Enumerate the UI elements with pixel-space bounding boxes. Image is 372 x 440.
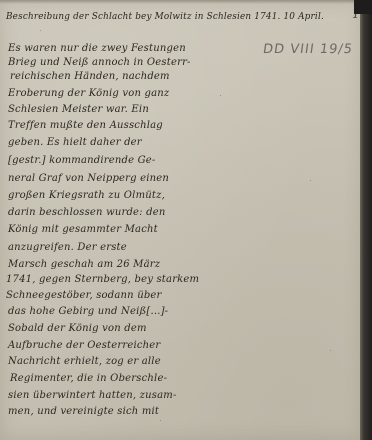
text-line: Aufbruche der Oesterreicher: [8, 340, 160, 351]
text-line: neral Graf von Neipperg einen: [8, 173, 169, 184]
text-line: Nachricht erhielt, zog er alle: [8, 356, 161, 367]
text-line: Regimenter, die in Oberschle-: [10, 373, 167, 384]
text-line: Schlesien Meister war. Ein: [8, 104, 149, 115]
text-line: Treffen mußte den Ausschlag: [8, 120, 163, 131]
archive-signature: DD VIII 19/5: [262, 42, 354, 57]
text-line: anzugreifen. Der erste: [8, 242, 127, 253]
paper-speck: [160, 420, 161, 421]
scan-edge-corner: [354, 0, 372, 14]
manuscript-page: Beschreibung der Schlacht bey Molwitz in…: [0, 0, 362, 440]
text-line: Es waren nur die zwey Festungen: [8, 43, 186, 54]
page-top-shadow: [0, 0, 362, 4]
text-line: men, und vereinigte sich mit: [8, 406, 159, 417]
text-line: sien überwintert hatten, zusam-: [8, 390, 177, 401]
text-line: darin beschlossen wurde: den: [8, 207, 165, 218]
paper-speck: [330, 350, 331, 351]
paper-speck: [310, 180, 311, 181]
text-line: großen Kriegsrath zu Olmütz,: [8, 190, 165, 201]
text-line: Marsch geschah am 26 März: [8, 259, 160, 270]
text-line: geben. Es hielt daher der: [8, 137, 142, 148]
document-title: Beschreibung der Schlacht bey Molwitz in…: [6, 11, 324, 22]
text-line: Schneegestöber, sodann über: [6, 290, 162, 301]
text-line: Eroberung der König von ganz: [8, 88, 169, 99]
text-line: Sobald der König von dem: [8, 323, 147, 334]
text-line-struck: [gestr.] kommandirende Ge-: [8, 155, 155, 166]
text-line: reichischen Händen, nachdem: [10, 71, 170, 82]
scan-edge-right: [360, 0, 372, 440]
paper-speck: [40, 30, 41, 31]
paper-speck: [220, 95, 221, 96]
text-line: das hohe Gebirg und Neiß[...]-: [8, 306, 168, 317]
text-line: Brieg und Neiß annoch in Oesterr-: [8, 57, 191, 68]
text-line: 1741, gegen Sternberg, bey starkem: [6, 274, 199, 285]
text-line: König mit gesammter Macht: [8, 224, 158, 235]
